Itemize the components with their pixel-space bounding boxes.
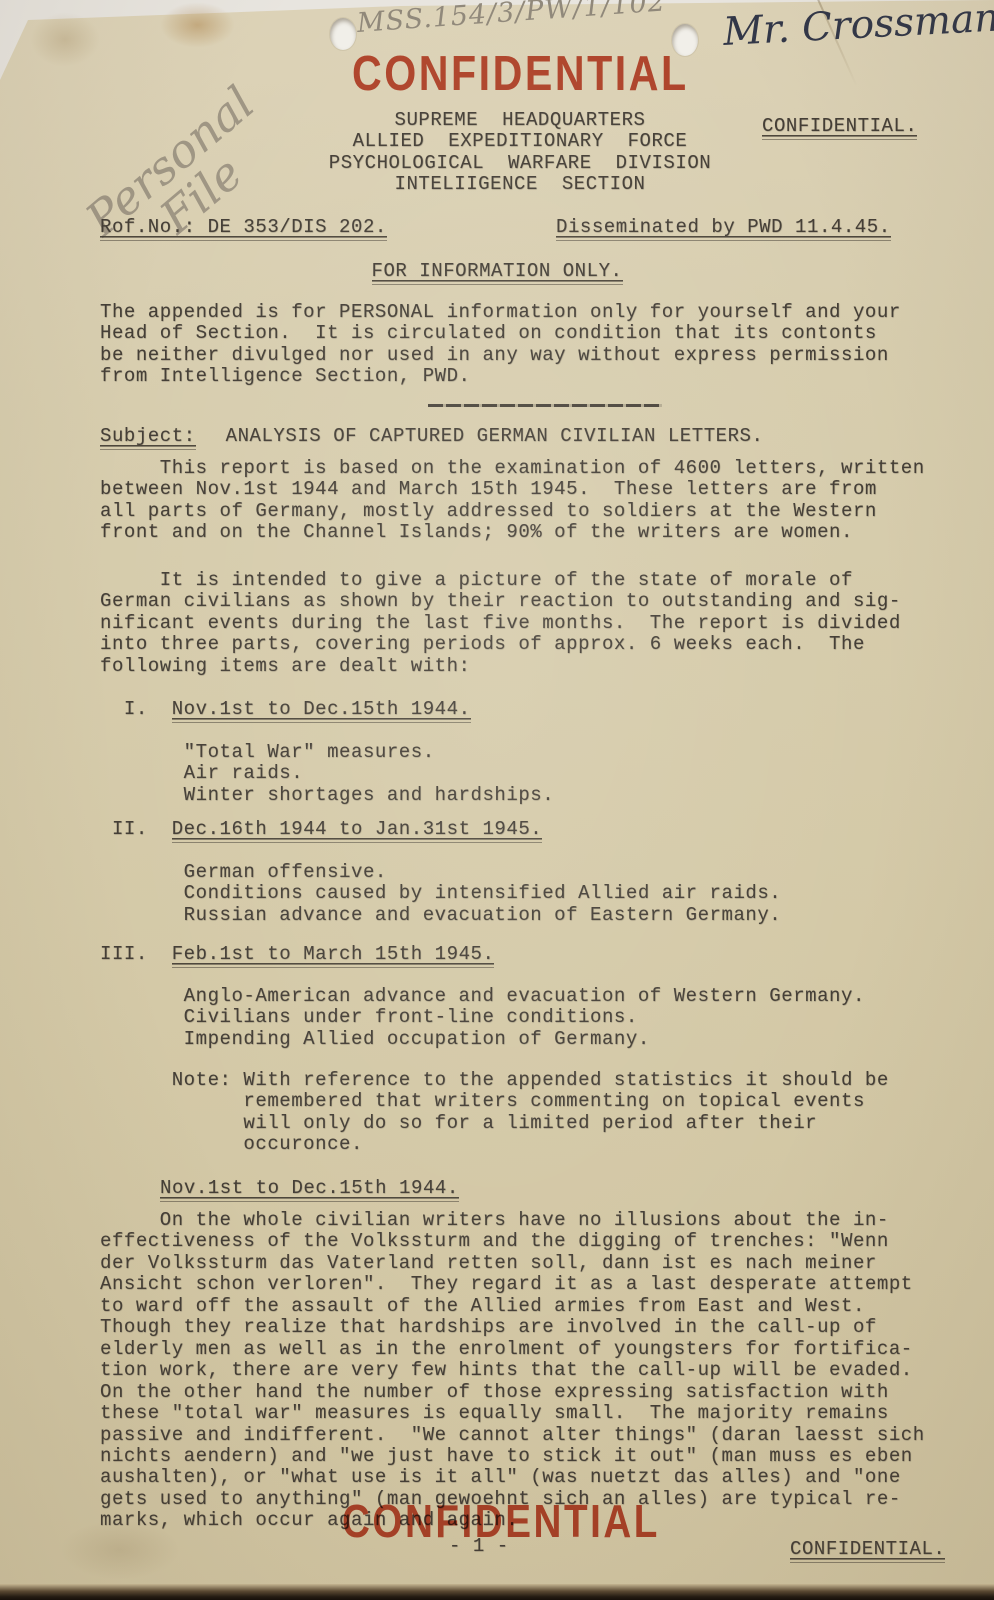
body-section-heading: Nov.1st to Dec.15th 1944. xyxy=(160,1178,459,1199)
confidential-stamp-top: CONFIDENTIAL xyxy=(352,46,689,102)
section-ii-heading: II. Dec.16th 1944 to Jan.31st 1945. xyxy=(100,819,542,840)
intro-paragraph-1: This report is based on the examination … xyxy=(100,458,925,544)
note-block: Note: With reference to the appended sta… xyxy=(100,1070,889,1156)
info-only-heading: FOR INFORMATION ONLY. xyxy=(0,261,994,282)
body-paragraph: On the whole civilian writers have no il… xyxy=(100,1210,925,1532)
org-header: SUPREME HEADQUARTERS ALLIED EXPEDITIONAR… xyxy=(320,110,720,196)
section-ii-items: German offensive. Conditions caused by i… xyxy=(100,862,781,926)
classification-bottom-right: CONFIDENTIAL. xyxy=(790,1539,945,1560)
subject-title: ANALYSIS OF CAPTURED GERMAN CIVILIAN LET… xyxy=(226,425,764,447)
section-i-items: "Total War" measures. Air raids. Winter … xyxy=(100,742,554,806)
divider-rule xyxy=(428,404,662,407)
disseminated-line: Disseminated by PWD 11.4.45. xyxy=(556,217,891,238)
section-ii-title: Dec.16th 1944 to Jan.31st 1945. xyxy=(172,818,543,843)
scan-bottom-edge xyxy=(0,1584,994,1600)
section-iii-numeral: III. xyxy=(100,943,172,965)
ref-no-line: Rof.No.: DE 353/DIS 202. xyxy=(100,217,387,238)
classification-top-right: CONFIDENTIAL. xyxy=(762,116,917,137)
info-only-body: The appended is for PERSONAL information… xyxy=(100,302,901,388)
scanned-document-page: { "annotations": { "file_ref": "MSS.154/… xyxy=(0,0,994,1600)
section-iii-items: Anglo-American advance and evacuation of… xyxy=(100,986,865,1050)
page-number: - 1 - xyxy=(449,1536,509,1557)
section-i-numeral: I. xyxy=(100,698,172,720)
section-i-heading: I. Nov.1st to Dec.15th 1944. xyxy=(100,699,471,720)
section-iii-heading: III. Feb.1st to March 15th 1945. xyxy=(100,944,494,965)
section-ii-numeral: II. xyxy=(100,818,172,840)
subject-line: Subject:ANALYSIS OF CAPTURED GERMAN CIVI… xyxy=(100,426,763,447)
classification-top-right-text: CONFIDENTIAL. xyxy=(762,115,917,140)
subject-label: Subject: xyxy=(100,425,196,450)
intro-paragraph-2: It is intended to give a picture of the … xyxy=(100,570,901,677)
section-i-title: Nov.1st to Dec.15th 1944. xyxy=(172,698,471,723)
section-iii-title: Feb.1st to March 15th 1945. xyxy=(172,943,495,968)
